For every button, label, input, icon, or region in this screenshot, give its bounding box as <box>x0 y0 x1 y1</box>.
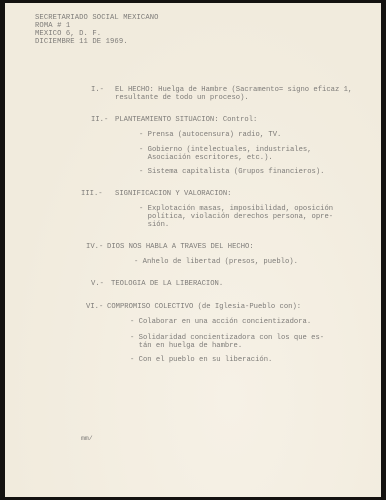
section-title-cont: resultante de todo un proceso). <box>115 94 249 102</box>
list-item-cont: sión. <box>139 221 169 229</box>
list-item: - Explotación masas, imposibilidad, opos… <box>139 205 333 213</box>
list-item: - Con el pueblo en su liberación. <box>130 356 272 364</box>
organization-name: SECRETARIADO SOCIAL MEXICANO <box>35 14 159 22</box>
section-numeral: II.- <box>91 116 108 124</box>
city-line: MEXICO 6, D. F. <box>35 30 101 38</box>
section-numeral: IV.- <box>86 243 103 251</box>
document-page: SECRETARIADO SOCIAL MEXICANO ROMA # 1 ME… <box>5 3 381 497</box>
list-item-cont: tán en huelga de hambre. <box>130 342 242 350</box>
section-title: DIOS NOS HABLA A TRAVES DEL HECHO: <box>107 243 254 251</box>
section-title: COMPROMISO COLECTIVO (de Iglesia-Pueblo … <box>107 303 301 311</box>
address-line: ROMA # 1 <box>35 22 70 30</box>
list-item: - Sistema capitalista (Grupos financiero… <box>139 168 324 176</box>
list-item: - Anhelo de libertad (presos, pueblo). <box>134 258 298 266</box>
section-numeral: III.- <box>81 190 103 198</box>
section-numeral: VI.- <box>86 303 103 311</box>
list-item-cont: política, violación derechos persona, op… <box>139 213 333 221</box>
section-numeral: I.- <box>91 86 104 94</box>
section-title: EL HECHO: Huelga de Hambre (Sacramento= … <box>115 86 352 94</box>
section-title: SIGNIFICACION Y VALORACION: <box>115 190 231 198</box>
section-numeral: V.- <box>91 280 104 288</box>
list-item: - Colaborar en una acción concientizador… <box>130 318 311 326</box>
section-title: TEOLOGIA DE LA LIBERACION. <box>111 280 223 288</box>
list-item: - Gobierno (intelectuales, industriales, <box>139 146 312 154</box>
list-item-cont: Asociación escritores, etc.). <box>139 154 273 162</box>
date-line: DICIEMBRE 11 DE 1969. <box>35 38 128 46</box>
section-title: PLANTEAMIENTO SITUACION: Control: <box>115 116 257 124</box>
list-item: - Solidaridad concientizadora con los qu… <box>130 334 324 342</box>
typist-initials: mm/ <box>81 435 93 443</box>
list-item: - Prensa (autocensura) radio, TV. <box>139 131 281 139</box>
